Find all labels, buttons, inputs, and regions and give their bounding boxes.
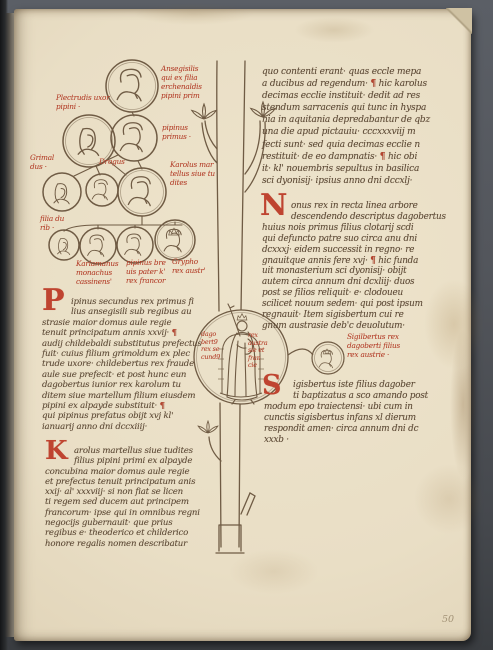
- text-line: filius pipini primi ex alpayde: [74, 456, 247, 466]
- caption-grimaldus: Grimaldus ·: [30, 153, 54, 171]
- folio-number: 50: [442, 614, 454, 625]
- manuscript-page: Ansegisilisqui ex filiaerchenaldispipini…: [14, 9, 471, 641]
- text-line: uis pater k': [126, 267, 166, 276]
- medallion-pipinus-primus: [111, 115, 157, 161]
- text-line: concubina maior domus aule regie: [45, 467, 247, 477]
- paragraph-left-2: K arolus martellus siue tuditesfilius pi…: [45, 446, 247, 549]
- text-line: onus rex in recta linea arbore: [291, 201, 460, 212]
- text-line: Plectrudis uxor: [56, 93, 110, 102]
- text-line: strasie maior domus aule regie: [42, 318, 244, 328]
- text-line: ti baptizatus a sco amando post: [293, 391, 459, 402]
- text-line: Drogus: [99, 157, 125, 166]
- medallion-grimaldus: [43, 173, 81, 211]
- text-line: qui ex filia: [161, 73, 202, 82]
- text-line: qui pipinus prefatus obijt xvj kl': [42, 411, 244, 421]
- text-line: pipini ex alpayde substituit· ¶: [42, 401, 244, 411]
- rubric-initial-k: K: [45, 446, 67, 456]
- rubric-initial-s: S: [262, 380, 281, 391]
- rubric-paragraph-mark: ¶: [160, 401, 165, 411]
- paragraph-left-1: P ipinus secundus rex primus filius anse…: [42, 297, 244, 432]
- text-line: Grypho: [172, 257, 205, 266]
- text-line: Karolus mar: [170, 160, 215, 169]
- text-line: ti regem sed ducem aut principem: [45, 497, 247, 507]
- text-line: Grimal: [30, 153, 54, 162]
- text-line: primus ·: [162, 132, 191, 141]
- paragraph-right-a: quo contenti erant· quas eccle mepaa duc…: [262, 66, 458, 187]
- medallion-grypho: [155, 220, 195, 260]
- text-line: qui defuncto patre suo circa anu dni: [262, 234, 460, 245]
- sigisbert-medallion: [288, 342, 344, 374]
- text-line: aule sue prefecit· et post hunc eun: [42, 370, 244, 380]
- text-line: ditem siue martellum filium eiusdem: [42, 391, 244, 401]
- manuscript-photograph: Ansegisilisqui ex filiaerchenaldispipini…: [0, 0, 493, 650]
- rubric-initial-p: P: [42, 296, 64, 306]
- text-line: negocijs gubernauit· que prius: [45, 518, 247, 528]
- text-line: post se filios reliquit· e· clodoueu: [262, 288, 460, 299]
- trefoil-leaf: [191, 104, 217, 120]
- text-line: et prefectus tenuit principatum anis: [45, 477, 247, 487]
- text-line: dites: [170, 178, 215, 187]
- text-line: monachus: [76, 268, 118, 277]
- caption-ansegisilus: Ansegisilisqui ex filiaerchenaldispipini…: [161, 64, 202, 100]
- caption-pipinus-primus: pipinusprimus ·: [162, 123, 191, 141]
- text-line: rex francor: [126, 276, 166, 285]
- caption-grypho: Gryphorex austr': [172, 257, 205, 275]
- text-line: dagobertus iunior rex karolum tu: [42, 380, 244, 390]
- text-line: regibus e· theoderico et childerico: [45, 528, 247, 538]
- medallion-filia: [49, 230, 79, 260]
- text-line: arolus martellus siue tudites: [74, 446, 247, 456]
- text-line: sci dyonisij· ipsius anno dni dccxlj·: [262, 175, 458, 187]
- text-line: pipini ·: [56, 102, 110, 111]
- text-line: a ducibus ad regendum· ¶ hic karolus: [262, 78, 458, 90]
- text-line: ipinus secundus rex primus fi: [71, 297, 244, 307]
- text-line: fuit· cuius filium grimoldum ex plec: [42, 349, 244, 359]
- text-line: pipinus: [162, 123, 191, 132]
- text-line: dus ·: [30, 162, 54, 171]
- text-line: tenuit principatum annis xxvij· ¶: [42, 328, 244, 338]
- text-line: Ansegisilis: [161, 64, 202, 73]
- text-line: huius nois primus filius clotarij scdi: [262, 223, 460, 234]
- medallion-drogus: [86, 174, 118, 206]
- text-line: una die apud pictauiu· cccxxxviij m: [262, 126, 458, 138]
- paragraph-right-b: N onus rex in recta linea arboredescende…: [262, 201, 460, 332]
- medallion-ansegisilus: [106, 60, 158, 112]
- text-line: tellus siue tu: [170, 169, 215, 178]
- text-line: cunctis sigisbertus infans xl dierum: [264, 413, 459, 424]
- caption-drogus: Drogus: [99, 157, 125, 166]
- paragraph-right-c: S igisbertus iste filius dagoberti bapti…: [264, 380, 459, 446]
- text-line: fecti sunt· sed quia decimas ecclie n: [262, 139, 458, 151]
- text-line: respondit amen· circa annum dni dc: [264, 424, 459, 435]
- text-line: igisbertus iste filius dagober: [293, 380, 459, 391]
- text-line: gnum austrasie deb'c deuolutum·: [262, 321, 460, 332]
- text-line: scilicet nouum sedem· qui post ipsum: [262, 299, 460, 310]
- text-line: descendendo descriptus dagobertus: [291, 212, 460, 223]
- text-line: xxxb ·: [264, 435, 459, 446]
- text-line: cie: [248, 362, 267, 370]
- text-line: it· kl' nouembris sepultus in basilica: [262, 163, 458, 175]
- caption-karolus-martellus: Karolus martellus siue tudites: [170, 160, 215, 187]
- text-line: dagoberti filius: [347, 341, 400, 350]
- text-line: quo contenti erant· quas eccle mepa: [262, 66, 458, 78]
- text-line: erchenaldis: [161, 82, 202, 91]
- text-line: trude uxore· childebertus rex fraude: [42, 359, 244, 369]
- text-line: Karlamanus: [76, 259, 118, 268]
- caption-filia: filia durib ·: [40, 214, 64, 232]
- text-line: honore regalis nomen describatur: [45, 539, 247, 549]
- text-line: autem circa annum dni dcxliij· duos: [262, 277, 460, 288]
- medallion-karolus-martellus: [118, 168, 166, 216]
- text-line: audij childebaldi substitutus prefectus: [42, 339, 244, 349]
- text-line: nia in aquitania depredabantur de qbz: [262, 114, 458, 126]
- text-line: decimas ecclie instituit· dedit ad res: [262, 90, 458, 102]
- text-line: Sigilbertus rex: [347, 332, 400, 341]
- caption-plectrudis: Plectrudis uxorpipini ·: [56, 93, 110, 111]
- text-line: regnauit· Item sigisbertum cui re: [262, 310, 460, 321]
- text-line: rex austr': [172, 266, 205, 275]
- text-line: rib ·: [40, 223, 64, 232]
- text-line: pipini prim: [161, 91, 202, 100]
- caption-sigisbertus: Sigilbertus rexdagoberti filiusrex austr…: [347, 332, 400, 359]
- caption-karlamannus: Karlamanusmonachuscassinens': [76, 259, 118, 286]
- text-line: xxij· al' xxxviij· si non fiat se licen: [45, 487, 247, 497]
- text-line: lius ansegisili sub regibus au: [71, 307, 244, 317]
- text-line: modum epo traiectensi· ubi cum in: [264, 402, 459, 413]
- text-line: cassinens': [76, 277, 118, 286]
- text-line: uit monasterium sci dyonisij· obijt: [262, 266, 460, 277]
- text-line: stendum sarracenis qui tunc in hyspa: [262, 102, 458, 114]
- text-line: gnauitque annis fere xvj· ¶ hic funda: [262, 256, 460, 267]
- text-line: rex austrie ·: [347, 350, 400, 359]
- text-line: filia du: [40, 214, 64, 223]
- text-line: francorum· ipse qui in omnibus regni: [45, 508, 247, 518]
- roundel-label-right: rexaustrasie etfrancie: [248, 332, 267, 370]
- rubric-initial-n: N: [260, 201, 287, 212]
- text-line: dcxxxj· eidem successit in regno· re: [262, 245, 460, 256]
- text-line: pipinus bre: [126, 258, 166, 267]
- text-line: restituit· de eo dampnatis· ¶ hic obi: [262, 151, 458, 163]
- caption-pipinus-brevis: pipinus breuis pater k'rex francor: [126, 258, 166, 285]
- rubric-paragraph-mark: ¶: [172, 328, 177, 338]
- text-line: ianuarij anno dni dccxiiij·: [42, 422, 244, 432]
